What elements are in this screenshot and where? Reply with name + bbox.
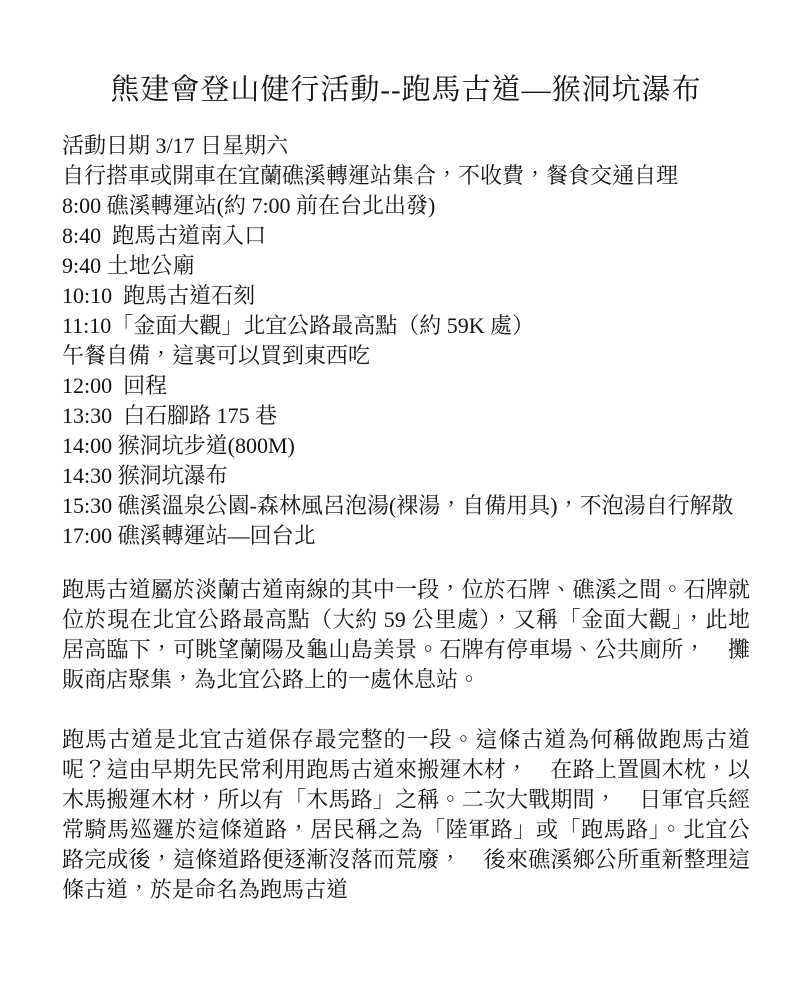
schedule-line-meeting: 自行搭車或開車在宜蘭礁溪轉運站集合，不收費，餐食交通自理 [62,161,750,191]
schedule-line: 15:30 礁溪溫泉公園-森林風呂泡湯(裸湯，自備用具)，不泡湯自行解散 [62,491,750,521]
document-page: 熊建會登山健行活動--跑馬古道—猴洞坑瀑布 活動日期 3/17 日星期六 自行搭… [0,0,800,985]
paragraph-location-intro: 跑馬古道屬於淡蘭古道南線的其中一段，位於石牌、礁溪之間。石牌就位於現在北宜公路最… [62,575,750,695]
schedule-line: 8:40 跑馬古道南入口 [62,221,750,251]
schedule-line: 14:00 猴洞坑步道(800M) [62,431,750,461]
document-title: 熊建會登山健行活動--跑馬古道—猴洞坑瀑布 [62,72,750,108]
schedule-line: 10:10 跑馬古道石刻 [62,281,750,311]
schedule-line-lunch: 午餐自備，這裏可以買到東西吃 [62,341,750,371]
schedule-line: 14:30 猴洞坑瀑布 [62,461,750,491]
schedule-line: 8:00 礁溪轉運站(約 7:00 前在台北出發) [62,191,750,221]
schedule-line: 12:00 回程 [62,371,750,401]
schedule-line: 11:10「金面大觀」北宜公路最高點（約 59K 處） [62,311,750,341]
schedule-line: 17:00 礁溪轉運站—回台北 [62,521,750,551]
schedule-line-date: 活動日期 3/17 日星期六 [62,131,750,161]
paragraph-history: 跑馬古道是北宜古道保存最完整的一段。這條古道為何稱做跑馬古道呢？這由早期先民常利… [62,725,750,905]
schedule-line: 9:40 土地公廟 [62,251,750,281]
schedule-line: 13:30 白石腳路 175 巷 [62,401,750,431]
schedule-block: 活動日期 3/17 日星期六 自行搭車或開車在宜蘭礁溪轉運站集合，不收費，餐食交… [62,131,750,551]
